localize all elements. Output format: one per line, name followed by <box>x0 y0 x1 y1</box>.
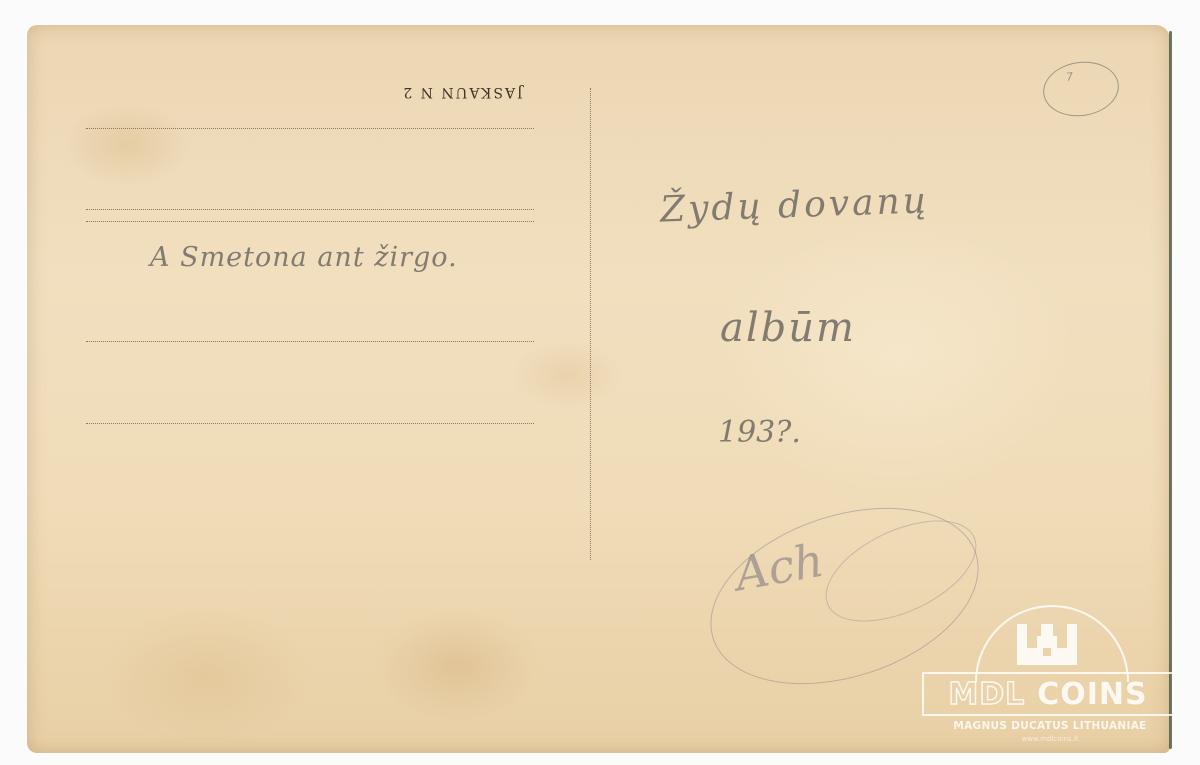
address-line <box>86 221 534 222</box>
handwritten-note-line2: albūm <box>720 305 856 351</box>
address-line <box>86 423 534 424</box>
address-line <box>86 128 534 129</box>
corner-mark-text: 7 <box>1065 70 1074 84</box>
watermark-brand-outline: MDL <box>948 677 1025 712</box>
center-divider <box>590 88 591 560</box>
address-line <box>86 209 534 210</box>
address-line <box>86 341 534 342</box>
publisher-imprint: JASKAUN N 2 <box>382 84 542 100</box>
watermark-tagline: MAGNUS DUCATUS LITHUANIAE <box>930 720 1170 732</box>
watermark-url: www.mdlcoins.lt <box>930 735 1170 743</box>
watermark-brand-box: MDL COINS <box>922 672 1174 716</box>
castle-icon <box>1017 620 1077 665</box>
handwritten-caption: A Smetona ant žirgo. <box>150 242 458 273</box>
handwritten-date: 193?. <box>718 415 801 450</box>
watermark-brand-solid: COINS <box>1037 677 1147 712</box>
